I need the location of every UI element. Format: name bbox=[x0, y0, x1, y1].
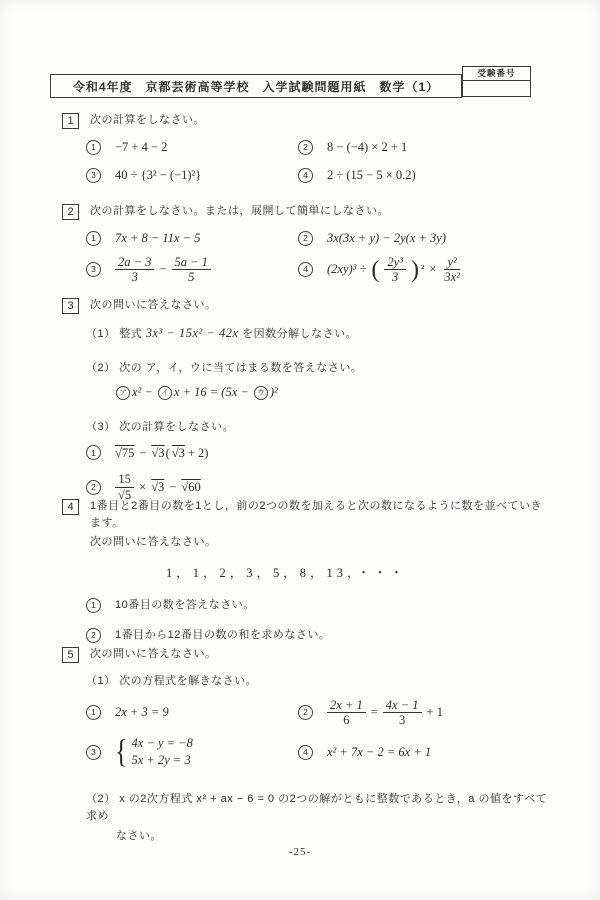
numerator: 5a − 1 bbox=[172, 255, 211, 270]
circled-number: 3 bbox=[86, 262, 101, 277]
question-5-2: （2） x の2次方程式 x² + ax − 6 = 0 の2つの解がともに整数… bbox=[86, 791, 550, 845]
question-3-3: （3） 次の計算をしなさい。 bbox=[86, 419, 550, 436]
item: 2 1番目から12番目の数の和を求めなさい。 bbox=[86, 627, 550, 644]
denominator: 5 bbox=[185, 270, 197, 284]
question-text: 次の方程式を解きなさい。 bbox=[119, 675, 257, 687]
radical: √3 bbox=[151, 444, 164, 463]
expression: 40 ÷ {3² − (−1)²} bbox=[115, 166, 201, 185]
equation: 4x − y = −8 bbox=[131, 735, 192, 752]
examinee-number-blank bbox=[463, 81, 530, 96]
operator: × bbox=[429, 260, 436, 279]
item: 2 2x + 1 6 = 4x − 1 3 + 1 bbox=[298, 698, 550, 728]
expression-part: (2xy)³ ÷ bbox=[327, 260, 366, 279]
problem-3: 3 次の問いに答えなさい。 （1） 整式 3x³ − 15x² − 42x を因… bbox=[62, 297, 550, 502]
equation-system: { 4x − y = −8 5x + 2y = 3 bbox=[115, 735, 193, 769]
circled-number: 2 bbox=[86, 480, 101, 495]
numerator: 2a − 3 bbox=[115, 255, 154, 270]
expression-part: + 2) bbox=[188, 444, 209, 463]
item: 2 3x(3x + y) − 2y(x + 3y) bbox=[298, 229, 550, 248]
problem-2-number: 2 bbox=[62, 204, 79, 220]
item: 4 x² + 7x − 2 = 6x + 1 bbox=[298, 743, 550, 762]
question-text: 次の ア，イ，ウに当てはまる数を答えなさい。 bbox=[119, 362, 362, 374]
problem-2-header: 2 次の計算をしなさい。または，展開して簡単にしなさい。 bbox=[62, 203, 550, 220]
fraction: 5a − 1 5 bbox=[172, 255, 211, 285]
denominator: 3x² bbox=[441, 270, 463, 284]
circled-number: 1 bbox=[86, 705, 101, 720]
question-label: （3） bbox=[86, 421, 116, 433]
circled-katakana-a: ア bbox=[116, 386, 130, 400]
problem-3-header: 3 次の問いに答えなさい。 bbox=[62, 297, 550, 314]
problem-4-prompt: 1番目と2番目の数を1とし，前の2つの数を加えると次の数になるように数を並べてい… bbox=[90, 498, 550, 551]
circled-number: 2 bbox=[86, 628, 101, 643]
system-equations: 4x − y = −8 5x + 2y = 3 bbox=[131, 735, 192, 769]
circled-number: 4 bbox=[298, 262, 313, 277]
number-sequence: 1，1，2，3，5，8，13，・・・ bbox=[166, 564, 550, 583]
problem-5: 5 次の問いに答えなさい。 （1） 次の方程式を解きなさい。 1 2x + 3 … bbox=[62, 646, 550, 845]
item: 2 8 − (−4) × 2 + 1 bbox=[298, 138, 550, 157]
question-5-1: （1） 次の方程式を解きなさい。 bbox=[86, 673, 550, 690]
item: 3 40 ÷ {3² − (−1)²} bbox=[86, 166, 298, 185]
expression: 7x + 8 − 11x − 5 bbox=[115, 229, 200, 248]
prompt-line-1: 1番目と2番目の数を1とし，前の2つの数を加えると次の数になるように数を並べてい… bbox=[90, 498, 550, 531]
question-3-1: （1） 整式 3x³ − 15x² − 42x を因数分解しなさい。 bbox=[86, 324, 550, 343]
circled-number: 1 bbox=[86, 140, 101, 155]
expression-part: ( bbox=[166, 444, 170, 463]
item: 4 (2xy)³ ÷ ( 2y³ 3 ) ² × y² 3x² bbox=[298, 255, 550, 285]
problem-1-header: 1 次の計算をしなさい。 bbox=[62, 112, 550, 129]
expression: 2 ÷ (15 − 5 × 0.2) bbox=[327, 166, 416, 185]
expression: (2xy)³ ÷ ( 2y³ 3 ) ² × y² 3x² bbox=[327, 255, 463, 285]
circled-number: 3 bbox=[86, 745, 101, 760]
expression: 3x³ − 15x² − 42x bbox=[146, 326, 239, 340]
denominator: 3 bbox=[389, 270, 401, 284]
question-label: （2） bbox=[86, 362, 116, 374]
left-paren: ( bbox=[371, 258, 379, 282]
fraction: 4x − 1 3 bbox=[383, 698, 422, 728]
item: 1 10番目の数を答えなさい。 bbox=[86, 597, 550, 614]
item-text: 10番目の数を答えなさい。 bbox=[115, 597, 255, 614]
expression: x² + 7x − 2 = 6x + 1 bbox=[327, 743, 431, 762]
item: 3 { 4x − y = −8 5x + 2y = 3 bbox=[86, 735, 298, 769]
question-3-3-items: 1 √75 − √3 ( √3 + 2) 2 15 √5 × bbox=[86, 444, 550, 503]
operator: = bbox=[371, 703, 378, 722]
fraction: y² 3x² bbox=[441, 255, 463, 285]
equation: 5x + 2y = 3 bbox=[131, 752, 192, 769]
item: 1 7x + 8 − 11x − 5 bbox=[86, 229, 298, 248]
radical: √75 bbox=[115, 444, 134, 463]
item-text: 1番目から12番目の数の和を求めなさい。 bbox=[115, 627, 330, 644]
numerator: 4x − 1 bbox=[383, 698, 422, 713]
problem-2: 2 次の計算をしなさい。または，展開して簡単にしなさい。 1 7x + 8 − … bbox=[62, 203, 550, 285]
circled-number: 2 bbox=[298, 705, 313, 720]
prompt-line-2: 次の問いに答えなさい。 bbox=[90, 534, 550, 551]
exam-sheet: 令和4年度 京都芸術高等学校 入学試験問題用紙 数学（1） 受験番号 1 次の計… bbox=[0, 0, 600, 900]
circled-number: 4 bbox=[298, 168, 313, 183]
expression-part: x² − bbox=[132, 383, 153, 402]
problem-1-number: 1 bbox=[62, 113, 79, 129]
problem-5-number: 5 bbox=[62, 647, 79, 663]
expression: 8 − (−4) × 2 + 1 bbox=[327, 138, 407, 157]
question-text-continued: なさい。 bbox=[116, 828, 550, 845]
numerator: 2x + 1 bbox=[327, 698, 366, 713]
circled-katakana-u: ウ bbox=[254, 386, 268, 400]
expression-part: )² bbox=[270, 383, 278, 402]
expression: 3x(3x + y) − 2y(x + 3y) bbox=[327, 229, 446, 248]
question-label: （1） bbox=[86, 328, 116, 340]
expression: −7 + 4 − 2 bbox=[115, 138, 167, 157]
problem-5-prompt: 次の問いに答えなさい。 bbox=[90, 646, 217, 663]
question-label: （2） bbox=[86, 793, 116, 805]
operator: − bbox=[169, 478, 176, 497]
problem-3-prompt: 次の問いに答えなさい。 bbox=[90, 297, 217, 314]
exponent: ² bbox=[421, 261, 424, 278]
problem-2-prompt: 次の計算をしなさい。または，展開して簡単にしなさい。 bbox=[90, 203, 389, 220]
system-brace: { bbox=[115, 736, 127, 769]
question-text: 整式 bbox=[119, 328, 142, 340]
item: 3 2a − 3 3 − 5a − 1 5 bbox=[86, 255, 298, 285]
operator: − bbox=[139, 444, 146, 463]
problem-4-number: 4 bbox=[62, 499, 79, 515]
problem-3-number: 3 bbox=[62, 298, 79, 314]
item: 4 2 ÷ (15 − 5 × 0.2) bbox=[298, 166, 550, 185]
expression-part: + 1 bbox=[427, 703, 443, 722]
item: 1 −7 + 4 − 2 bbox=[86, 138, 298, 157]
circled-katakana-i: イ bbox=[158, 386, 172, 400]
circled-number: 3 bbox=[86, 168, 101, 183]
fraction: 2a − 3 3 bbox=[115, 255, 154, 285]
radical: √60 bbox=[181, 478, 200, 497]
circled-number: 1 bbox=[86, 598, 101, 613]
question-label: （1） bbox=[86, 675, 116, 687]
exam-title: 令和4年度 京都芸術高等学校 入学試験問題用紙 数学（1） bbox=[73, 78, 439, 95]
circled-number: 2 bbox=[298, 231, 313, 246]
item: 1 2x + 3 = 9 bbox=[86, 703, 298, 722]
question-text: を因数分解しなさい。 bbox=[242, 328, 357, 340]
circled-number: 2 bbox=[298, 140, 313, 155]
circled-number: 1 bbox=[86, 231, 101, 246]
problem-1: 1 次の計算をしなさい。 1 −7 + 4 − 2 2 8 − (−4) × 2… bbox=[62, 112, 550, 185]
denominator: 6 bbox=[340, 713, 352, 727]
problem-4-header: 4 1番目と2番目の数を1とし，前の2つの数を加えると次の数になるように数を並べ… bbox=[62, 498, 550, 551]
problem-1-prompt: 次の計算をしなさい。 bbox=[90, 112, 205, 129]
fraction: 2x + 1 6 bbox=[327, 698, 366, 728]
numerator: y² bbox=[444, 255, 459, 270]
radical: √3 bbox=[172, 444, 185, 463]
examinee-number-box: 受験番号 bbox=[462, 66, 531, 97]
expression-part: x + 16 = (5x − bbox=[174, 383, 249, 402]
expression: √75 − √3 ( √3 + 2) bbox=[115, 444, 208, 463]
problem-1-items: 1 −7 + 4 − 2 2 8 − (−4) × 2 + 1 3 40 ÷ {… bbox=[86, 138, 550, 185]
numerator: 15 bbox=[115, 472, 134, 487]
problem-4: 4 1番目と2番目の数を1とし，前の2つの数を加えると次の数になるように数を並べ… bbox=[62, 498, 550, 643]
circled-number: 4 bbox=[298, 745, 313, 760]
denominator: 3 bbox=[396, 713, 408, 727]
question-3-2: （2） 次の ア，イ，ウに当てはまる数を答えなさい。 bbox=[86, 360, 550, 377]
numerator: 2y³ bbox=[384, 255, 406, 270]
expression: 2a − 3 3 − 5a − 1 5 bbox=[115, 255, 211, 285]
page-number: -25- bbox=[0, 846, 600, 858]
expression: 2x + 3 = 9 bbox=[115, 703, 169, 722]
fraction: 2y³ 3 bbox=[384, 255, 406, 285]
question-text: x の2次方程式 x² + ax − 6 = 0 の2つの解がともに整数であると… bbox=[86, 793, 547, 822]
question-5-1-items: 1 2x + 3 = 9 2 2x + 1 6 = 4x − 1 3 + 1 bbox=[86, 698, 550, 770]
circled-number: 1 bbox=[86, 445, 101, 460]
problem-4-items: 1 10番目の数を答えなさい。 2 1番目から12番目の数の和を求めなさい。 bbox=[86, 597, 550, 643]
radical: √3 bbox=[151, 478, 164, 497]
question-text: 次の計算をしなさい。 bbox=[119, 421, 234, 433]
denominator: 3 bbox=[129, 270, 141, 284]
examinee-number-label: 受験番号 bbox=[463, 67, 530, 81]
operator: × bbox=[139, 478, 146, 497]
item: 1 √75 − √3 ( √3 + 2) bbox=[86, 444, 550, 463]
question-3-2-formula: ア x² − イ x + 16 = (5x − ウ )² bbox=[116, 383, 550, 402]
operator: − bbox=[159, 260, 166, 279]
right-paren: ) bbox=[411, 258, 419, 282]
problem-5-header: 5 次の問いに答えなさい。 bbox=[62, 646, 550, 663]
title-box: 令和4年度 京都芸術高等学校 入学試験問題用紙 数学（1） bbox=[50, 74, 462, 98]
problem-2-items: 1 7x + 8 − 11x − 5 2 3x(3x + y) − 2y(x +… bbox=[86, 229, 550, 285]
expression: 2x + 1 6 = 4x − 1 3 + 1 bbox=[327, 698, 443, 728]
